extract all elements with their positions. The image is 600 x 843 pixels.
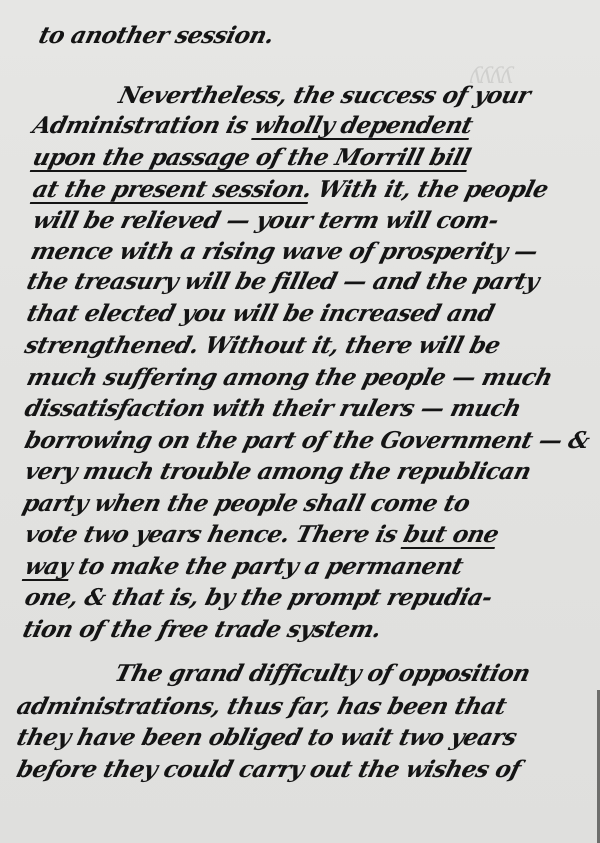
manuscript-line-18: one, & that is, by the prompt repudia- (22, 584, 495, 611)
line-text: vote two years hence. There is (22, 521, 408, 548)
manuscript-line-16: vote two years hence. There is but one (22, 521, 501, 548)
line-text: they have been obliged to wait two years (14, 724, 519, 751)
underlined-text: wholly dependent (251, 112, 475, 139)
line-text: before they could carry out the wishes o… (14, 756, 523, 783)
manuscript-line-5: at the present session. With it, the peo… (30, 176, 551, 203)
line-text: to make the party a permanent (68, 553, 465, 580)
manuscript-line-23: before they could carry out the wishes o… (14, 756, 523, 783)
line-text: very much trouble among the republican (22, 458, 534, 485)
manuscript-line-8: the treasury will be filled — and the pa… (24, 268, 542, 295)
line-text: The grand difficulty of opposition (112, 660, 533, 687)
manuscript-line-15: party when the people shall come to (20, 490, 473, 517)
underlined-text: way (22, 553, 75, 580)
line-text: strengthened. Without it, there will be (22, 332, 503, 359)
underlined-text: upon the passage of the Morrill bill (30, 144, 473, 171)
underlined-text: but one (401, 521, 502, 548)
manuscript-line-4: upon the passage of the Morrill bill (30, 144, 473, 171)
manuscript-line-19: tion of the free trade system. (20, 616, 384, 643)
manuscript-line-17: way to make the party a permanent (22, 553, 466, 580)
line-text: With it, the people (308, 176, 551, 203)
manuscript-line-1: to another session. (36, 22, 277, 49)
manuscript-line-21: administrations, thus far, has been that (14, 693, 509, 720)
line-text: the treasury will be filled — and the pa… (24, 268, 542, 295)
manuscript-line-20: The grand difficulty of opposition (112, 660, 533, 687)
underlined-text: at the present session. (30, 176, 315, 203)
line-text: party when the people shall come to (20, 490, 473, 517)
line-text: to another session. (36, 22, 277, 49)
manuscript-line-3: Administration is wholly dependent (30, 112, 475, 139)
line-text: much suffering among the people — much (24, 364, 555, 391)
line-text: Administration is (30, 112, 258, 139)
manuscript-line-12: dissatisfaction with their rulers — much (22, 395, 524, 422)
manuscript-line-14: very much trouble among the republican (22, 458, 534, 485)
line-text: mence with a rising wave of prosperity — (28, 238, 540, 265)
manuscript-line-22: they have been obliged to wait two years (14, 724, 519, 751)
line-text: administrations, thus far, has been that (14, 693, 509, 720)
line-text: Nevertheless, the success of your (116, 82, 533, 109)
manuscript-line-2: Nevertheless, the success of your (116, 82, 533, 109)
manuscript-page: ʎʎʎʎ to another session. Nevertheless, t… (0, 0, 600, 843)
manuscript-line-6: will be relieved — your term will com- (30, 207, 501, 234)
manuscript-line-13: borrowing on the part of the Government … (22, 427, 592, 454)
manuscript-line-7: mence with a rising wave of prosperity — (28, 238, 540, 265)
manuscript-line-11: much suffering among the people — much (24, 364, 555, 391)
line-text: borrowing on the part of the Government … (22, 427, 592, 454)
line-text: that elected you will be increased and (24, 300, 497, 327)
manuscript-line-9: that elected you will be increased and (24, 300, 497, 327)
line-text: one, & that is, by the prompt repudia- (22, 584, 495, 611)
line-text: dissatisfaction with their rulers — much (22, 395, 524, 422)
manuscript-line-10: strengthened. Without it, there will be (22, 332, 503, 359)
line-text: will be relieved — your term will com- (30, 207, 501, 234)
line-text: tion of the free trade system. (20, 616, 384, 643)
